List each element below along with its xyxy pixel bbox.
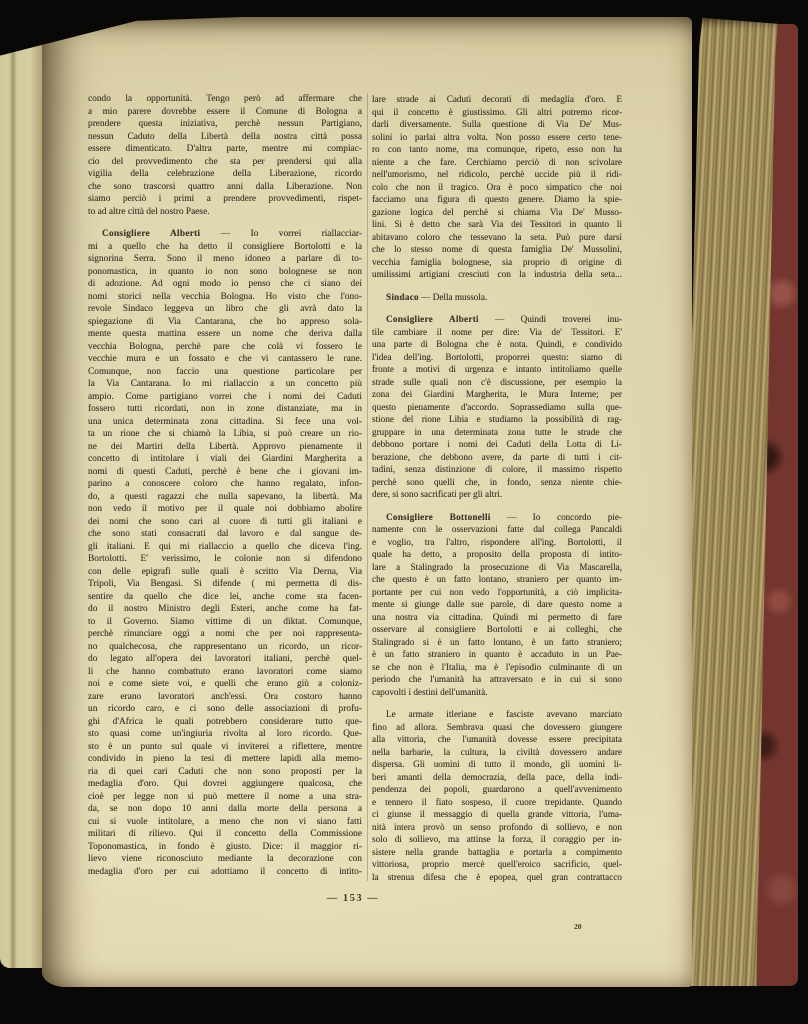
- text-line: medaglia d'oro. Qui dovrei aggiungere qu…: [88, 778, 362, 791]
- text-line: sto quasi come un'ingiuria rivolta al lo…: [88, 728, 362, 741]
- text-line: Toponomastica, in fondo è giusto. Dice: …: [88, 841, 362, 854]
- text-line: pendenza dei popoli, guardarono a quell'…: [372, 783, 622, 796]
- text-line: dei nomi che sono cari al cuore di tutti…: [88, 516, 362, 529]
- text-line: solo di sollievo, ma attinse la forza, i…: [372, 833, 622, 846]
- column-divider-rule: [367, 93, 368, 881]
- text-line: Consigliere Alberti — Quindi troverei in…: [372, 313, 622, 326]
- text-line: se che non è l'Italia, ma è l'episodio c…: [372, 661, 622, 674]
- text-line: qui il concetto è giustissimo. Gli altri…: [372, 106, 622, 119]
- text-line: mente questa mattina essere un nome che …: [88, 328, 362, 341]
- text-line: spiegazione di Via Cantarana, che ho app…: [88, 316, 362, 329]
- text-column-right: lare strade ai Caduti decorati di medagl…: [372, 93, 622, 883]
- text-line: che sono stati consacrati dal lavoro e d…: [88, 528, 362, 541]
- text-line: portante per cui non vedo l'opportunità,…: [372, 586, 622, 599]
- text-line: alla vittoria, che l'umanità dovesse ess…: [372, 733, 622, 746]
- text-line: cui si vuole intitolare, a meno che non …: [88, 816, 362, 829]
- text-line: nell'umorismo, nel ridicolo, perchè ucci…: [372, 168, 622, 181]
- text-line: dere, si sono sacrificati per gli altri.: [372, 488, 622, 501]
- text-line: Bortolotti. E' verissimo, le colonie non…: [88, 553, 362, 566]
- text-line: e tennero il fiato sospeso, il cuore tre…: [372, 796, 622, 809]
- text-line: un ricordo caro, e ci sono delle associa…: [88, 703, 362, 716]
- text-line: capovolti i destini dell'umanità.: [372, 686, 622, 699]
- text-line: berazione, che debbono avere, da parte d…: [372, 451, 622, 464]
- text-line: la Via Cantarana. Io mi riallaccio a un …: [88, 378, 362, 391]
- text-line: nessun Caduto della Libertà della nostra…: [88, 131, 362, 144]
- paragraph: Consigliere Bottonelli — Io concordo pie…: [372, 511, 622, 699]
- paragraph: lare strade ai Caduti decorati di medagl…: [372, 93, 622, 281]
- text-line: Stalingrado si è un fatto lontano, è un …: [372, 636, 622, 649]
- text-line: Consigliere Alberti — Io vorrei riallacc…: [88, 228, 362, 241]
- text-line: ci giunse il messaggio di quella grande …: [372, 808, 622, 821]
- text-line: nità intera provò un senso profondo di s…: [372, 821, 622, 834]
- paragraph: condo la opportunità. Tengo però ad affe…: [88, 93, 362, 218]
- text-line: lini. Si è detto che sarà Via dei Tessit…: [372, 218, 622, 231]
- text-line: una parte di Bologna che è nota. Quindi,…: [372, 338, 622, 351]
- text-line: siamo perciò i primi a prendere provvedi…: [88, 193, 362, 206]
- text-line: ponomastica, in quanto io non sono bolog…: [88, 266, 362, 279]
- text-line: nomi storici nella vecchia Bologna. Ho v…: [88, 291, 362, 304]
- text-line: periodo che l'umanità ha attraversato e …: [372, 673, 622, 686]
- text-line: ria di quei cari Caduti che non sono pro…: [88, 766, 362, 779]
- text-line: la strenua difesa che è epopea, quel gra…: [372, 871, 622, 884]
- text-line: fronte a motivi di urgenza e intanto int…: [372, 363, 622, 376]
- text-line: da, se non dopo 10 anni dalla morte dell…: [88, 803, 362, 816]
- text-line: lare a Stalingrado la prosecuzione di Vi…: [372, 561, 622, 574]
- text-line: do legato all'opera dei lavoratori itali…: [88, 653, 362, 666]
- text-line: una unica determinata zona cittadina. Si…: [88, 416, 362, 429]
- text-line: lievo viene riconosciuto mediante la dec…: [88, 853, 362, 866]
- text-line: l'idea dell'ing. Bortolotti, proporrei q…: [372, 351, 622, 364]
- text-line: vecchia famiglia bolognese, sia proprio …: [372, 256, 622, 269]
- text-line: strade sulle quali non c'è discussione, …: [372, 376, 622, 389]
- text-line: fino ad allora. Sembrava quasi che doves…: [372, 721, 622, 734]
- paragraph: Sindaco — Della mussola.: [372, 291, 622, 304]
- text-line: vecchia Bologna, perchè pare che colà vi…: [88, 341, 362, 354]
- text-column-left: condo la opportunità. Tengo però ad affe…: [88, 93, 362, 878]
- signature-mark: 20: [574, 922, 582, 931]
- text-line: essere dimenticato. D'altra parte, mentr…: [88, 143, 362, 156]
- text-line: tile cambiare il nome per dire: Via de' …: [372, 326, 622, 339]
- text-line: cioè per legge non si può mettere il nom…: [88, 791, 362, 804]
- text-line: ne dei Martiri della Libertà. Approvo pi…: [88, 441, 362, 454]
- text-line: concetto di intitolare i viali dei Giard…: [88, 453, 362, 466]
- text-line: noi e come siete voi, e quelli che erano…: [88, 678, 362, 691]
- text-line: prendere questa iniziativa, perchè nessu…: [88, 118, 362, 131]
- text-line: che sono trascorsi quattro anni dalla Li…: [88, 181, 362, 194]
- text-line: to ad altre città del nostro Paese.: [88, 206, 362, 219]
- text-line: dispersa. Gli uomini di tutto il mondo, …: [372, 758, 622, 771]
- text-line: umilissimi artigiani cresciuti con la in…: [372, 268, 622, 281]
- text-line: colo che non il tragico. Ora è poco simp…: [372, 181, 622, 194]
- text-line: do il nostro Ministro degli Esteri, anch…: [88, 603, 362, 616]
- text-line: vecchie mura e un fossato e che vi canta…: [88, 353, 362, 366]
- text-line: beri amanti della democrazia, della pace…: [372, 771, 622, 784]
- text-line: a mio parere dovrebbe essere il Comune d…: [88, 106, 362, 119]
- text-line: debbono portare i nomi dei Caduti della …: [372, 438, 622, 451]
- book-photo: condo la opportunità. Tengo però ad affe…: [0, 0, 808, 1024]
- text-line: zare erano lavoratori anch'essi. Ora cos…: [88, 691, 362, 704]
- text-line: Sindaco — Della mussola.: [372, 291, 622, 304]
- text-line: facciamo una figura di questo genere. Di…: [372, 193, 622, 206]
- text-line: Tripoli, Via Bengasi. Si difende ( mi pe…: [88, 578, 362, 591]
- text-line: medaglia d'oro per cui adottiamo il conc…: [88, 866, 362, 879]
- text-line: gazione logica del perchè si chiama Via …: [372, 206, 622, 219]
- text-line: perchè sono quelli che, in fondo, senza …: [372, 476, 622, 489]
- text-line: sto è un punto sul quale vi inviterei a …: [88, 741, 362, 754]
- text-line: gruppare in una determinata zona tutte l…: [372, 426, 622, 439]
- text-line: nomi di questi Caduti, perchè è bene che…: [88, 466, 362, 479]
- text-line: stione del rione Libia e studiamo la pos…: [372, 413, 622, 426]
- text-line: solini io parlai altra volta. Non posso …: [372, 131, 622, 144]
- text-line: lare strade ai Caduti decorati di medagl…: [372, 93, 622, 106]
- text-line: gli italiani. E qui mi riallaccio a quel…: [88, 541, 362, 554]
- text-line: e voglio, tra l'altro, rispondere all'in…: [372, 536, 622, 549]
- paragraph: Consigliere Alberti — Io vorrei riallacc…: [88, 228, 362, 878]
- text-line: zona dei Giardini Margherita, le Mura In…: [372, 388, 622, 401]
- text-line: nella barbarie, la cultura, la civiltà d…: [372, 746, 622, 759]
- text-line: ghi d'Africa le quali potrebbero conside…: [88, 716, 362, 729]
- text-line: do, a questi ragazzi che nulla sapevano,…: [88, 491, 362, 504]
- text-line: con delle epigrafi sulle quali è scritto…: [88, 566, 362, 579]
- text-line: mente si giunge dalle sue parole, di dar…: [372, 598, 622, 611]
- text-line: non vedo il motivo per il quale noi dobb…: [88, 503, 362, 516]
- text-line: di adozione. Ad ogni modo io penso che c…: [88, 278, 362, 291]
- text-line: vigilia della celebrazione della Liberaz…: [88, 168, 362, 181]
- text-line: è un fatto straniero in quanto è accadut…: [372, 648, 622, 661]
- text-line: mi a quello che ha detto il consigliere …: [88, 241, 362, 254]
- text-line: parino a conoscere coloro che hanno rega…: [88, 478, 362, 491]
- text-line: no qualchecosa, che rappresentano un ric…: [88, 641, 362, 654]
- text-line: darli diversamente. Sulla questione di V…: [372, 118, 622, 131]
- text-line: Comunque, non faccio una questione parti…: [88, 366, 362, 379]
- text-line: to il Governo. Siamo vittime di un dikta…: [88, 616, 362, 629]
- text-line: namente con le osservazioni fatte dal co…: [372, 523, 622, 536]
- text-line: che lo stesso nome di questa famiglia De…: [372, 243, 622, 256]
- text-line: niente a che fare. Cerchiamo perciò di n…: [372, 156, 622, 169]
- text-line: tadini, senza distinzione di colore, il …: [372, 463, 622, 476]
- text-line: vittoriosa, proprio mercè quell'eroico s…: [372, 858, 622, 871]
- text-line: fossero tutti ricordati, non in zone dis…: [88, 403, 362, 416]
- text-line: ro con tanto nome, ma comunque, ripeto, …: [372, 143, 622, 156]
- text-line: sistere nella grande battaglia e portarl…: [372, 846, 622, 859]
- text-line: revole Sindaco leggeva un libro che gli …: [88, 303, 362, 316]
- text-line: una nostra via cittadina. Quindi mi perm…: [372, 611, 622, 624]
- book-page: condo la opportunità. Tengo però ad affe…: [42, 17, 692, 987]
- paragraph: Le armate itleriane e fasciste avevano m…: [372, 708, 622, 883]
- text-line: cio del provvedimento che sta per prende…: [88, 156, 362, 169]
- text-line: abitavano coloro che tessevano la seta. …: [372, 231, 622, 244]
- text-line: signorina Serra. Sono il meno idoneo a p…: [88, 253, 362, 266]
- text-line: questo pienamente d'accordo. Soprassedia…: [372, 401, 622, 414]
- page-number: — 153 —: [318, 893, 388, 904]
- text-line: condivido in pieno la tesi di mettere la…: [88, 753, 362, 766]
- text-line: perchè rinunciare oggi a nomi che per no…: [88, 628, 362, 641]
- text-line: ampio. Come partigiano vorrei che i nomi…: [88, 391, 362, 404]
- text-line: quale ha detto, a proposito della propos…: [372, 548, 622, 561]
- text-line: li che hanno combattuto erano lavoratori…: [88, 666, 362, 679]
- text-line: sentire da quello che dice lei, anche co…: [88, 591, 362, 604]
- text-line: ta un rione che si chiamò la Libia, si p…: [88, 428, 362, 441]
- text-line: osservare al consigliere Bortolotti e ai…: [372, 623, 622, 636]
- text-line: Consigliere Bottonelli — Io concordo pie…: [372, 511, 622, 524]
- text-line: che questo è un fatto lontano, straniero…: [372, 573, 622, 586]
- text-line: condo la opportunità. Tengo però ad affe…: [88, 93, 362, 106]
- text-line: Le armate itleriane e fasciste avevano m…: [372, 708, 622, 721]
- paragraph: Consigliere Alberti — Quindi troverei in…: [372, 313, 622, 501]
- text-line: militari di rilievo. Qui il concetto del…: [88, 828, 362, 841]
